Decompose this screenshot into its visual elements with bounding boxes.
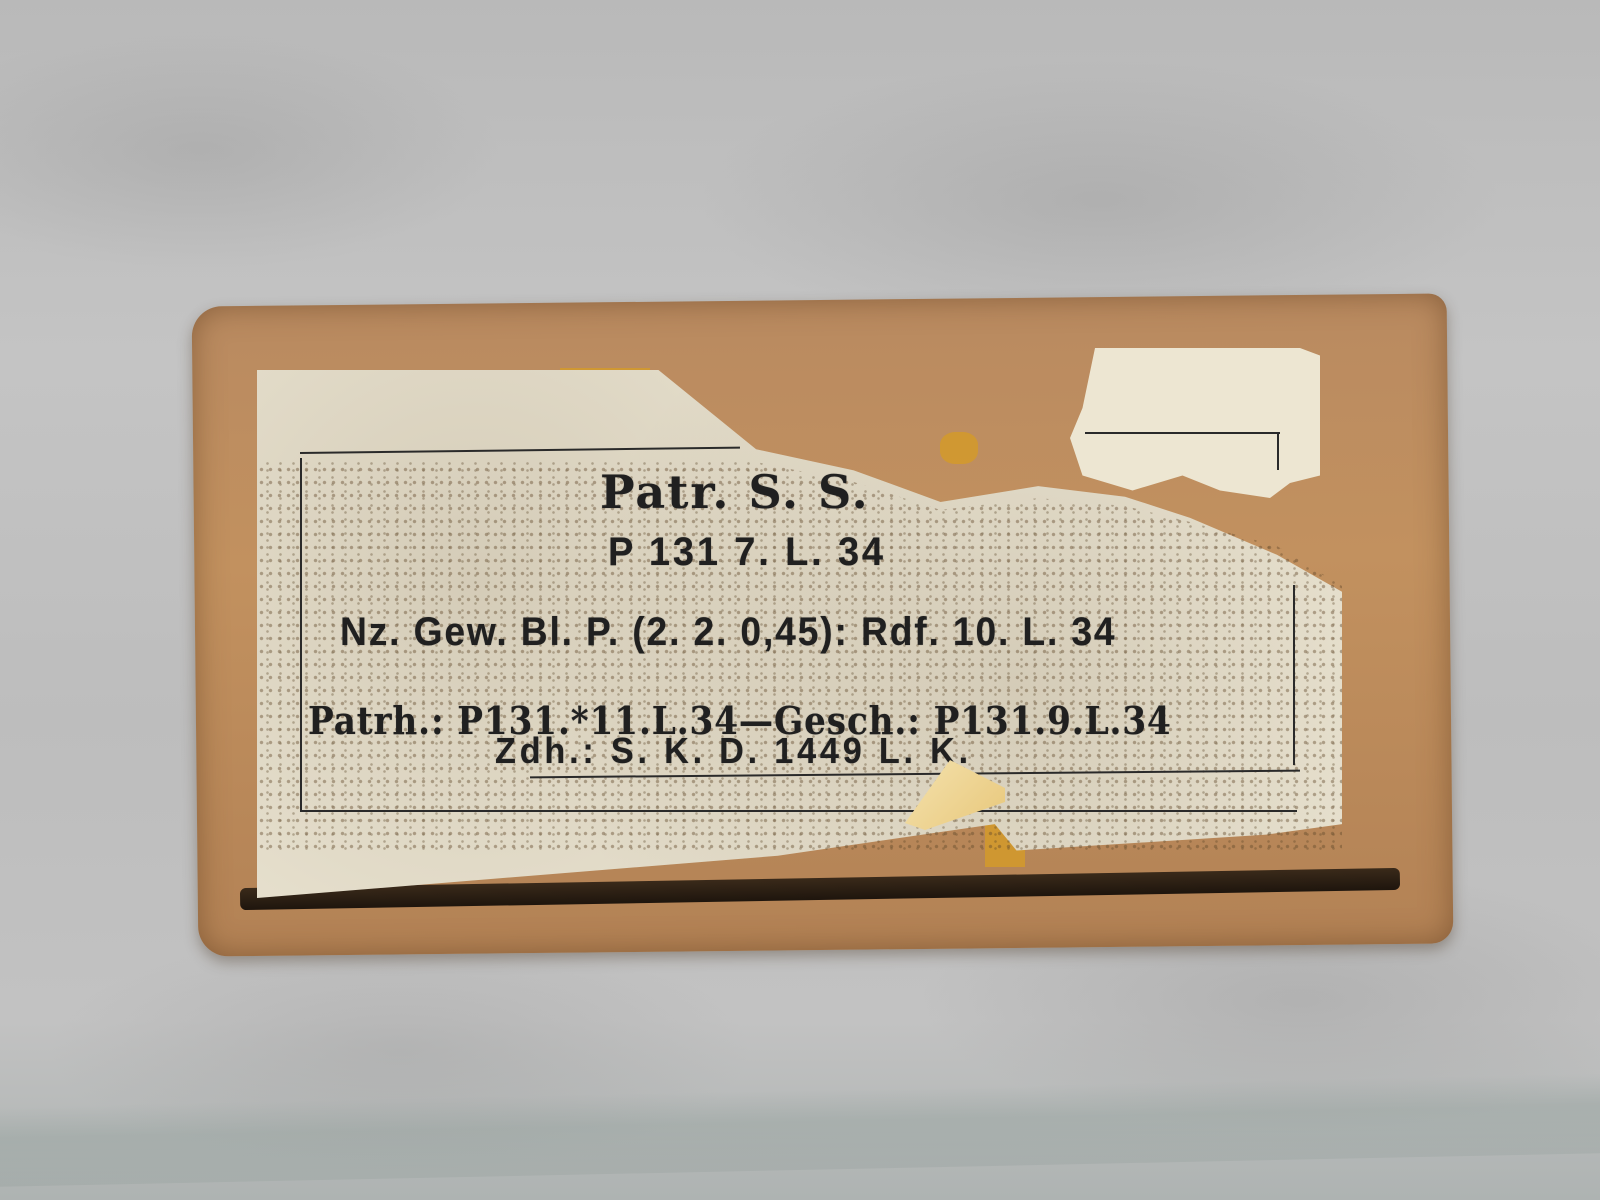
label-title: Patr. S. S. — [600, 465, 870, 519]
glass-shelf-edge — [0, 1073, 1600, 1187]
label-lot-line: P 131 7. L. 34 — [608, 530, 886, 575]
label-powder-line: Nz. Gew. Bl. P. (2. 2. 0,45): Rdf. 10. L… — [340, 610, 1116, 655]
frame-line — [1085, 432, 1280, 434]
label-primer-line: Zdh.: S. K. D. 1449 L. K. — [495, 730, 972, 772]
frame-line — [1293, 585, 1295, 765]
